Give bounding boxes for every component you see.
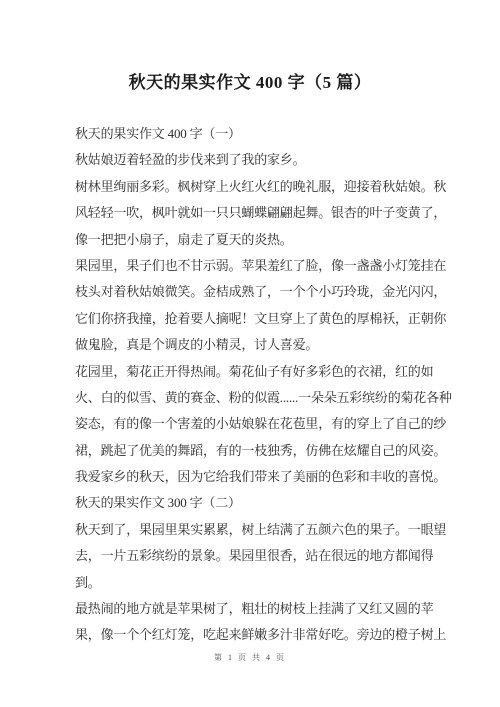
text-line: 枝头对着秋姑娘微笑。金桔成熟了，一个个小巧玲珑，金光闪闪， bbox=[75, 279, 435, 305]
text-line: 去，一片五彩缤纷的景象。果园里很香，站在很远的地方都闻得 bbox=[75, 543, 435, 569]
text-line: 我爱家乡的秋天，因为它给我们带来了美丽的色彩和丰收的喜悦。 bbox=[75, 464, 435, 490]
text-line: 最热闹的地方就是苹果树了，粗壮的树枝上挂满了又红又圆的苹 bbox=[75, 596, 435, 622]
text-line: 它们你挤我撞，抢着要人摘呢！文旦穿上了黄色的厚棉袄，正朝你 bbox=[75, 306, 435, 332]
text-line: 花园里，菊花正开得热闹。菊花仙子有好多彩色的衣裙，红的如 bbox=[75, 359, 435, 385]
text-line: 裙，跳起了优美的舞蹈，有的一枝独秀，仿佛在炫耀自己的风姿。 bbox=[75, 438, 435, 464]
text-line: 火、白的似雪、黄的赛金、粉的似霞......一朵朵五彩缤纷的菊花各种 bbox=[75, 385, 435, 411]
page-number-footer: 第 1 页 共 4 页 bbox=[0, 652, 500, 663]
text-line: 树林里绚丽多彩。枫树穿上火红火红的晚礼服，迎接着秋姑娘。秋 bbox=[75, 174, 435, 200]
text-line: 果园里，果子们也不甘示弱。苹果羞红了脸，像一盏盏小灯笼挂在 bbox=[75, 253, 435, 279]
text-line: 秋天到了，果园里果实累累，树上结满了五颜六色的果子。一眼望 bbox=[75, 517, 435, 543]
text-line: 像一把把小扇子，扇走了夏天的炎热。 bbox=[75, 227, 435, 253]
document-page: 秋天的果实作文 400 字（5 篇） 秋天的果实作文 400 字（一）秋姑娘迈着… bbox=[0, 0, 500, 707]
text-line: 秋姑娘迈着轻盈的步伐来到了我的家乡。 bbox=[75, 147, 435, 173]
text-line: 做鬼脸，真是个调皮的小精灵，讨人喜爱。 bbox=[75, 332, 435, 358]
text-line: 秋天的果实作文 400 字（一） bbox=[75, 121, 435, 147]
document-title: 秋天的果实作文 400 字（5 篇） bbox=[0, 70, 500, 96]
text-line: 果，像一个个红灯笼，吃起来鲜嫩多汁非常好吃。旁边的橙子树上 bbox=[75, 622, 435, 648]
document-body: 秋天的果实作文 400 字（一）秋姑娘迈着轻盈的步伐来到了我的家乡。树林里绚丽多… bbox=[75, 121, 435, 649]
text-line: 姿态，有的像一个害羞的小姑娘躲在花苞里，有的穿上了自己的纱 bbox=[75, 411, 435, 437]
text-line: 秋天的果实作文 300 字（二） bbox=[75, 490, 435, 516]
text-line: 风轻轻一吹，枫叶就如一只只蝴蝶翩翩起舞。银杏的叶子变黄了， bbox=[75, 200, 435, 226]
text-line: 到。 bbox=[75, 570, 435, 596]
